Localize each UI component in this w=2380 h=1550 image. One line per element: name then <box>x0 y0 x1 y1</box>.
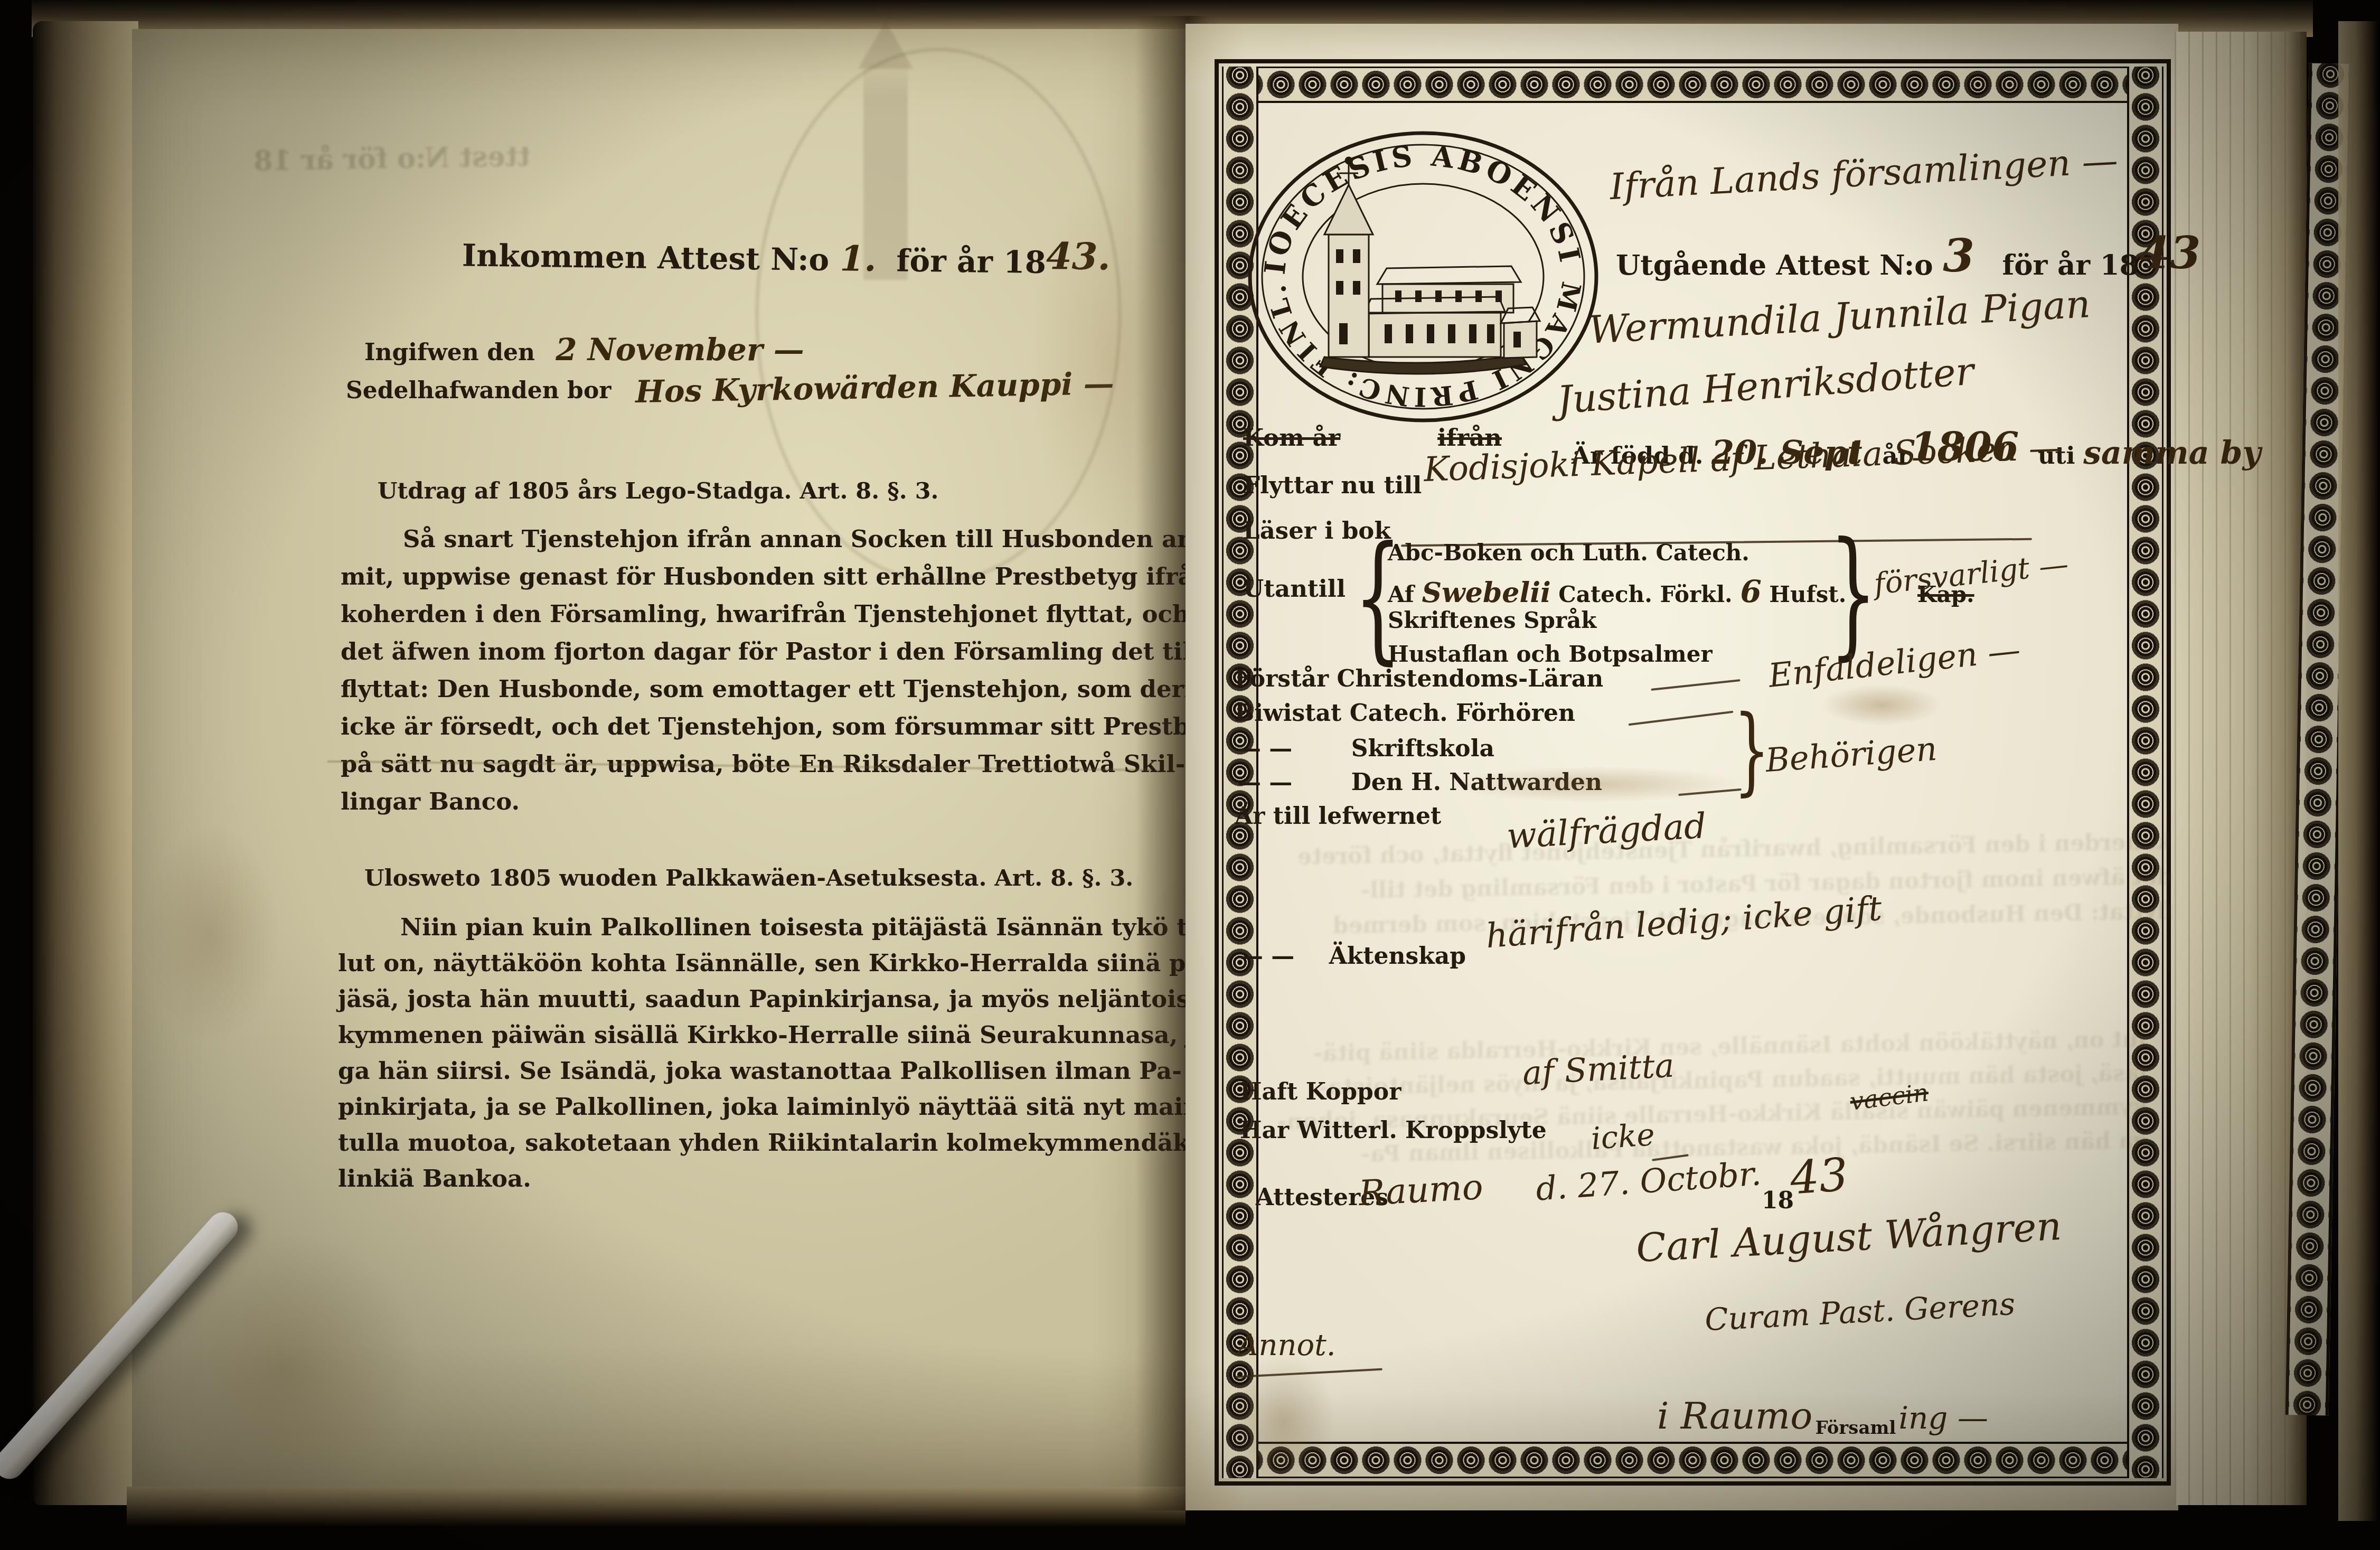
printed-dashes: — — <box>1238 769 1292 796</box>
swedish-extract-heading: Utdrag af 1805 års Lego-Stadga. Art. 8. … <box>378 478 939 504</box>
understands-value-hw: Enfaldeligen — <box>1766 630 2022 695</box>
parish-prefix-hw: i Raumo <box>1657 1394 1812 1438</box>
attest-year-label: för år 18 <box>2002 249 2139 281</box>
attest-label: Utgående Attest N:o <box>1616 249 1933 281</box>
left-title-year-hw: 43. <box>1046 234 1111 278</box>
utantill-item-1: Abc-Boken och Luth. Catech. <box>1388 540 1749 566</box>
marriage-label: Äktenskap <box>1329 943 1466 970</box>
communion-row: — — Den H. Nattwarden <box>1238 769 1602 796</box>
confirmation-label: Skriftskola <box>1351 735 1494 762</box>
received-value-hw: 2 November — <box>556 332 804 368</box>
holder-row: Sedelhafwanden bor Hos Kyrkowärden Kaupp… <box>346 370 1114 406</box>
moves-to-label: Flyttar nu till <box>1243 471 1422 499</box>
utantill-item2-printed-1: Af <box>1388 581 1414 607</box>
utantill-item2-printed-2: Catech. Förkl. <box>1558 581 1732 607</box>
pastor-title-hw: Curam Past. Gerens <box>1704 1286 2016 1338</box>
understands-label: Förstår Christendoms-Läran <box>1235 665 1603 692</box>
communion-label: Den H. Nattwarden <box>1351 769 1602 796</box>
parish-row: i Raumo Församl ing — <box>1657 1394 1988 1438</box>
svg-text:DIOECESIS ABOENSIS.: DIOECESIS ABOENSIS. <box>1241 123 1588 276</box>
hw-dash <box>1678 788 1742 796</box>
attest-title-row: Utgående Attest N:o 3 för år 1843 <box>1616 232 2200 286</box>
defect-label: Har Witterl. Kroppslyte <box>1240 1117 1547 1144</box>
left-title-printed-1: Inkommen Attest N:o <box>462 238 830 278</box>
book-right-rough-edge <box>2338 21 2378 1521</box>
attended-label: Biwistat Catech. Förhören <box>1235 700 1575 727</box>
left-title-printed-2: för år 18 <box>896 243 1046 280</box>
came-year-label-struck: Kom år <box>1243 424 1340 452</box>
defect-value-hw: icke <box>1590 1116 1656 1157</box>
utantill-label: Utantill <box>1243 575 1346 603</box>
parish-suffix-hw: ing — <box>1898 1400 1988 1436</box>
annot-label-hw: Annot. <box>1237 1328 1336 1363</box>
communion-value-hw: Behörigen <box>1764 729 1939 780</box>
from-parish-hw: Ifrån Lands församlingen — <box>1609 140 2119 208</box>
rosette-border-top <box>1222 67 2163 103</box>
born-place-hw: samma by <box>2083 435 2261 472</box>
parish-printed: Församl <box>1815 1417 1896 1439</box>
person-name-hw: Justina Henriksdotter <box>1556 349 1975 422</box>
bleedthrough-church-spire <box>858 21 913 69</box>
utantill-item-4: Hustaflan och Botpsalmer <box>1388 641 1713 667</box>
person-village-farm-hw: Wermundila Junnila Pigan <box>1587 281 2091 352</box>
printed-dashes: — — <box>1240 943 1294 970</box>
pastor-signature-hw: Carl August Wångren <box>1635 1204 2063 1271</box>
seal-arc-top-text: DIOECESIS ABOENSIS. <box>1241 123 1588 276</box>
stain <box>1821 684 1942 726</box>
came-from-label-struck: ifrån <box>1437 424 1502 452</box>
hw-dash <box>1629 711 1734 726</box>
book-left-edge-pages <box>33 21 138 1505</box>
hw-dash <box>1651 679 1740 691</box>
bleedthrough-text: ttest N:o för år 18 <box>253 140 531 177</box>
photo-of-open-record-book: ttest N:o för år 18 Inkommen Attest N:o … <box>0 0 2380 1550</box>
bleedthrough-text: lut on, näyttäköön kohta Isännälle, sen … <box>1276 1022 2149 1173</box>
holder-value-hw: Hos Kyrkowärden Kauppi — <box>635 365 1114 410</box>
conduct-label: Är till lefwernet <box>1235 803 1441 830</box>
rosette-border-bottom <box>1222 1442 2163 1478</box>
received-row: Ingifwen den 2 November — <box>364 332 804 368</box>
attest-ornamental-frame: koherden i den Församling, hwarifrån Tje… <box>1215 59 2171 1486</box>
utantill-item2-hw-2: 6 <box>1740 574 1761 609</box>
smallpox-value-hw: af Smitta <box>1521 1046 1675 1093</box>
confirmation-row: — — Skriftskola <box>1238 735 1494 762</box>
finnish-extract-heading: Ulosweto 1805 wuoden Palkkawäen-Asetukse… <box>364 865 1133 891</box>
attest-number-hw: 3 <box>1943 229 1974 283</box>
brace-close: } <box>1829 524 1878 662</box>
attest-year-hw: 43 <box>2139 227 2200 279</box>
left-page-bottom-edge <box>127 1487 1186 1526</box>
received-label: Ingifwen den <box>364 339 535 366</box>
utantill-item-3: Skriftenes Språk <box>1388 607 1596 633</box>
marriage-row: — — Äktenskap <box>1240 943 1466 970</box>
utantill-item2-hw-1: Swebelii <box>1422 577 1551 609</box>
diocese-seal: DIOECESIS ABOENSIS. MAGNI PRINC: FINL. <box>1241 123 1605 434</box>
smallpox-label: Haft Koppor <box>1240 1078 1401 1105</box>
left-attest-title: Inkommen Attest N:o 1. för år 1843. <box>462 231 1111 283</box>
attested-place-hw: Raumo <box>1358 1167 1484 1214</box>
attested-year-hw: 43 <box>1789 1148 1850 1205</box>
left-title-number-hw: 1. <box>840 238 877 279</box>
printed-dashes: — — <box>1238 735 1292 762</box>
holder-label: Sedelhafwanden bor <box>346 377 611 404</box>
attested-year-printed: 18 <box>1762 1187 1794 1214</box>
